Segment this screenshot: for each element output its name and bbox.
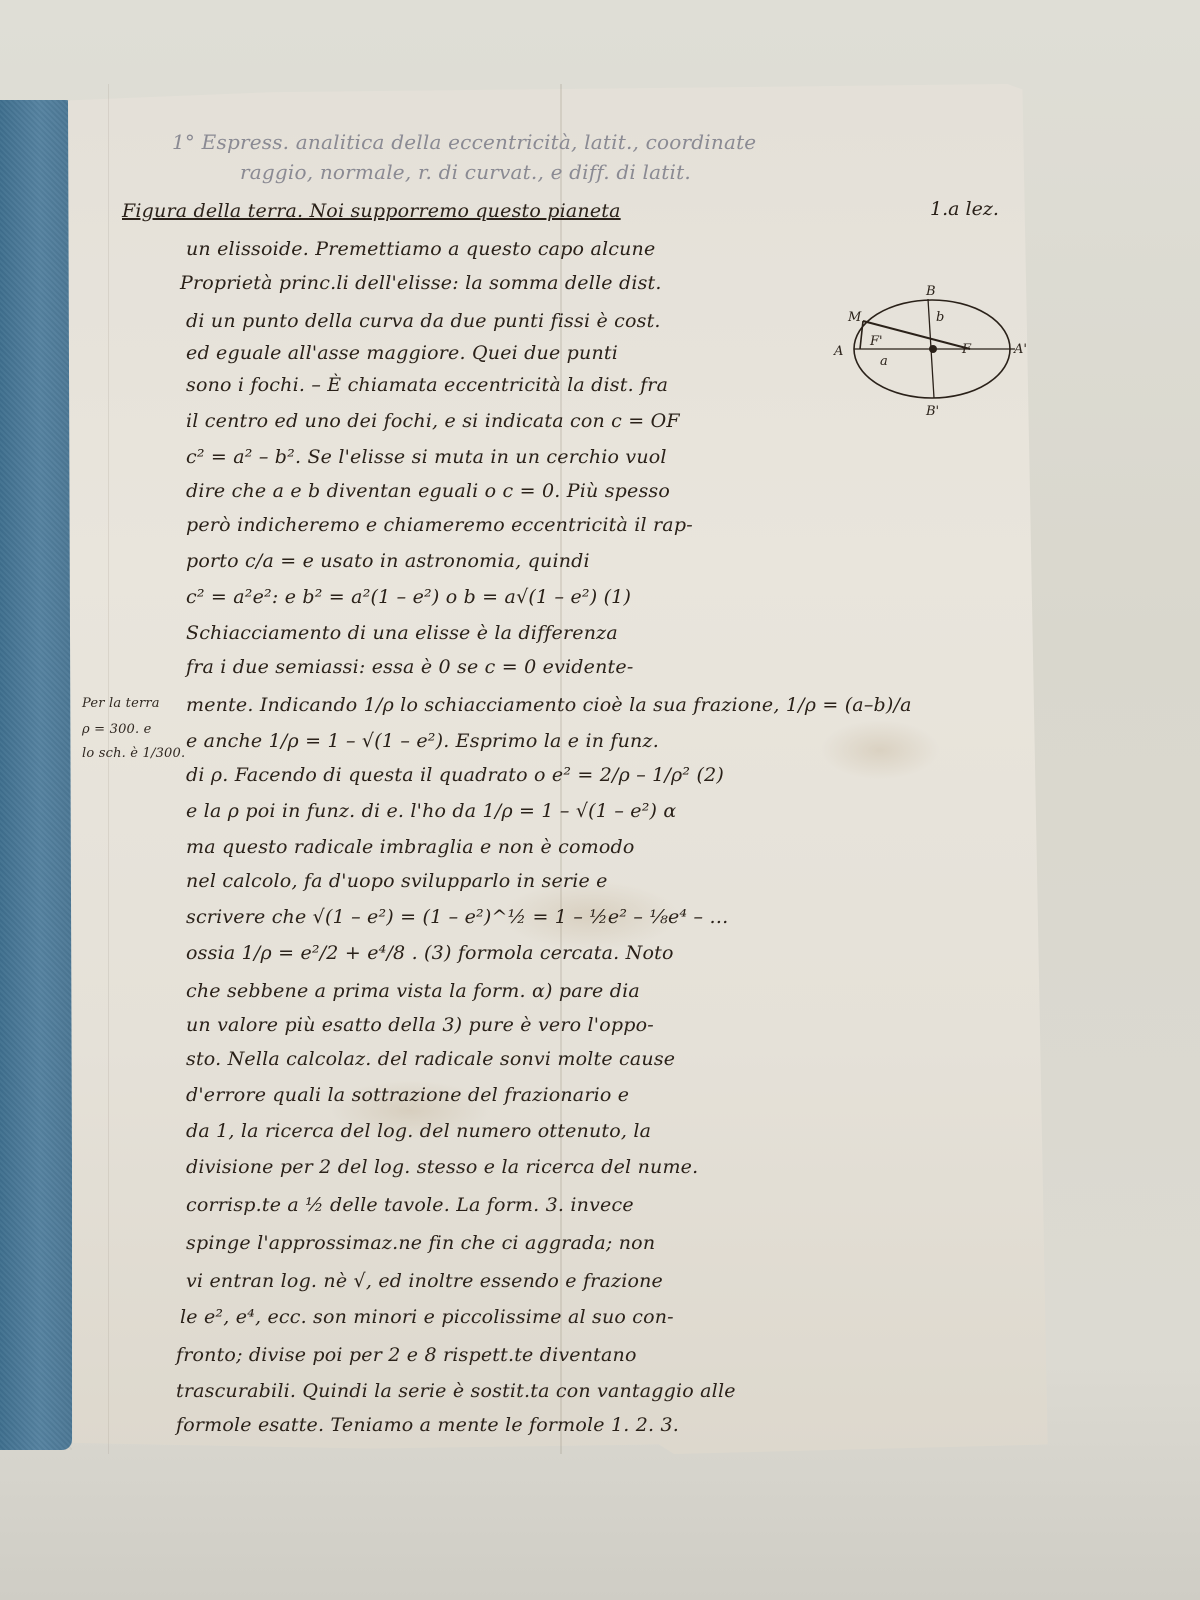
margin-rule [108,84,109,1454]
text-line-32: le e², e⁴, ecc. son minori e piccolissim… [180,1306,674,1328]
text-line-35: formole esatte. Teniamo a mente le formo… [176,1414,679,1436]
notebook-cover [0,100,72,1450]
text-line-17: di ρ. Facendo di questa il quadrato o e²… [186,764,724,786]
text-line-28: divisione per 2 del log. stesso e la ric… [186,1156,698,1178]
label-F-prime: F' [869,334,883,349]
text-line-25: sto. Nella calcolaz. del radicale sonvi … [186,1048,675,1070]
stain [820,720,940,780]
text-line-31: vi entran log. nè √, ed inoltre essendo … [186,1270,663,1292]
text-line-24: un valore più esatto della 3) pure è ver… [186,1014,654,1036]
pencil-header-line-2: raggio, normale, r. di curvat., e diff. … [240,160,691,184]
margin-note-line-3: lo sch. è 1/300. [82,746,185,761]
text-line-8: c² = a² – b². Se l'elisse si muta in un … [186,446,667,468]
text-line-4: di un punto della curva da due punti fis… [186,310,661,332]
text-line-16: e anche 1/ρ = 1 – √(1 – e²). Esprimo la … [186,730,659,752]
text-line-22: ossia 1/ρ = e²/2 + e⁴/8 . (3) formola ce… [186,942,674,964]
text-line-30: spinge l'approssimaz.ne fin che ci aggra… [186,1232,655,1254]
text-line-5: ed eguale all'asse maggiore. Quei due pu… [186,342,618,364]
ellipse-diagram: M B b A F' a F A' B' [830,285,1030,435]
text-line-26: d'errore quali la sottrazione del frazio… [186,1084,629,1106]
text-line-1: Figura della terra. Noi supporremo quest… [122,200,621,222]
text-line-13: Schiacciamento di una elisse è la differ… [186,622,618,644]
margin-note-line-2: ρ = 300. e [82,722,152,737]
text-line-20: nel calcolo, fa d'uopo svilupparlo in se… [186,870,608,892]
label-F: F [961,342,972,357]
text-line-18: e la ρ poi in funz. di e. l'ho da 1/ρ = … [186,800,676,822]
text-line-21: scrivere che √(1 – e²) = (1 – e²)^½ = 1 … [186,906,729,928]
label-A-prime: A' [1013,342,1027,357]
label-B-prime: B' [925,404,939,419]
text-line-19: ma questo radicale imbraglia e non è com… [186,836,634,858]
text-line-23: che sebbene a prima vista la form. α) pa… [186,980,640,1002]
text-line-29: corrisp.te a ½ delle tavole. La form. 3.… [186,1194,634,1216]
text-line-34: trascurabili. Quindi la serie è sostit.t… [176,1380,736,1402]
lesson-label: 1.a lez. [930,198,999,220]
label-M: M [847,310,862,325]
label-A: A [833,344,843,359]
text-line-11: porto c/a = e usato in astronomia, quind… [186,550,590,572]
text-line-3: Proprietà princ.li dell'elisse: la somma… [180,272,662,294]
label-b: b [936,310,944,325]
text-line-7: il centro ed uno dei fochi, e si indicat… [186,410,680,432]
label-B: B [925,285,936,299]
text-line-33: fronto; divise poi per 2 e 8 rispett.te … [176,1344,637,1366]
text-line-9: dire che a e b diventan eguali o c = 0. … [186,480,670,502]
margin-note-line-1: Per la terra [82,696,160,711]
label-a: a [880,354,888,369]
text-line-2: un elissoide. Premettiamo a questo capo … [186,238,655,260]
text-line-27: da 1, la ricerca del log. del numero ott… [186,1120,651,1142]
text-line-10: però indicheremo e chiameremo eccentrici… [186,514,693,536]
text-line-6: sono i fochi. – È chiamata eccentricità … [186,374,668,396]
text-line-14: fra i due semiassi: essa è 0 se c = 0 ev… [186,656,633,678]
pencil-header-line-1: 1° Espress. analitica della eccentricità… [172,130,756,154]
text-line-15: mente. Indicando 1/ρ lo schiacciamento c… [186,694,912,716]
text-line-12: c² = a²e²: e b² = a²(1 – e²) o b = a√(1 … [186,586,631,608]
